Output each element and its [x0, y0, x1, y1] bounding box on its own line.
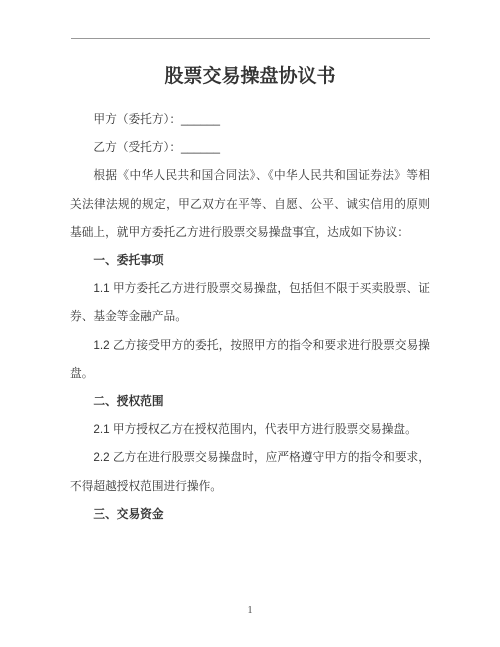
section-1-clause-2: 1.2 乙方接受甲方的委托，按照甲方的指令和要求进行股票交易操盘。	[70, 332, 430, 388]
header-rule	[71, 38, 430, 39]
preamble-paragraph: 根据《中华人民共和国合同法》、《中华人民共和国证券法》等相关法律法规的规定，甲乙…	[70, 162, 430, 247]
document-body: 甲方（委托方）：______ 乙方（受托方）：______ 根据《中华人民共和国…	[70, 106, 430, 529]
document-page: 股票交易操盘协议书 甲方（委托方）：______ 乙方（受托方）：______ …	[0, 0, 500, 647]
party-b-label: 乙方（受托方）：	[93, 141, 181, 154]
party-a-blank: ______	[181, 113, 220, 126]
section-2-heading: 二、授权范围	[70, 388, 430, 416]
section-2-clause-2: 2.2 乙方在进行股票交易操盘时，应严格遵守甲方的指令和要求，不得超越授权范围进…	[70, 444, 430, 500]
document-title: 股票交易操盘协议书	[0, 63, 500, 90]
party-a-label: 甲方（委托方）：	[93, 113, 181, 126]
section-3-heading: 三、交易资金	[70, 501, 430, 529]
section-1-heading: 一、委托事项	[70, 247, 430, 275]
party-a-line: 甲方（委托方）：______	[70, 106, 430, 134]
page-number: 1	[0, 605, 500, 617]
section-1-clause-1: 1.1 甲方委托乙方进行股票交易操盘，包括但不限于买卖股票、证券、基金等金融产品…	[70, 275, 430, 331]
party-b-line: 乙方（受托方）：______	[70, 134, 430, 162]
party-b-blank: ______	[181, 141, 220, 154]
section-2-clause-1: 2.1 甲方授权乙方在授权范围内，代表甲方进行股票交易操盘。	[70, 416, 430, 444]
